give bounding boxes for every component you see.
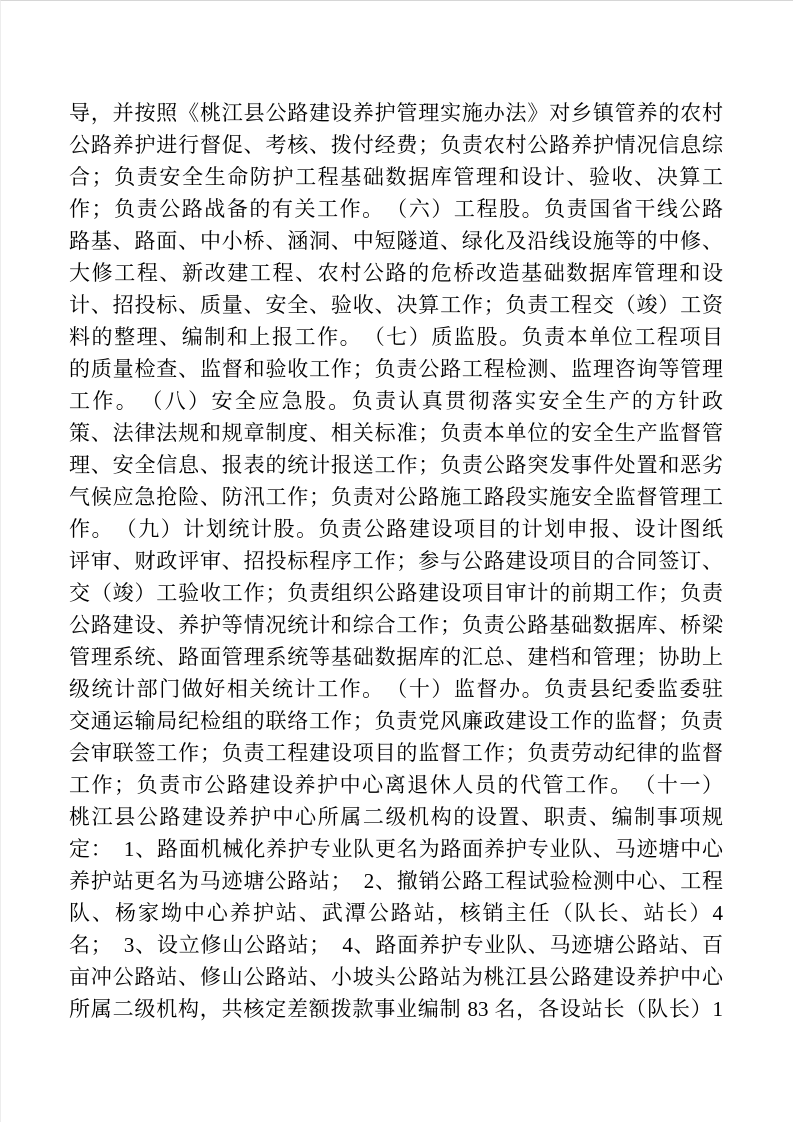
text-line: 桃江县公路建设养护中心所属二级机构的设置、职责、编制事项规 — [69, 801, 723, 833]
text-line: 的质量检查、监督和验收工作；负责公路工程检测、监理咨询等管理 — [69, 353, 723, 385]
text-line: 气候应急抢险、防汛工作；负责对公路施工路段实施安全监督管理工 — [69, 481, 723, 513]
text-line: 级统计部门做好相关统计工作。 （十）监督办。负责县纪委监委驻 — [69, 673, 723, 705]
text-line: 交（竣）工验收工作；负责组织公路建设项目审计的前期工作；负责 — [69, 577, 723, 609]
text-line: 理、安全信息、报表的统计报送工作；负责公路突发事件处置和恶劣 — [69, 449, 723, 481]
text-line: 工作。 （八）安全应急股。负责认真贯彻落实安全生产的方针政 — [69, 385, 723, 417]
text-line: 大修工程、新改建工程、农村公路的危桥改造基础数据库管理和设 — [69, 257, 723, 289]
text-line: 养护站更名为马迹塘公路站； 2、撤销公路工程试验检测中心、工程 — [69, 865, 723, 897]
text-line: 工作；负责市公路建设养护中心离退休人员的代管工作。 （十一） — [69, 769, 723, 801]
text-line: 导，并按照《桃江县公路建设养护管理实施办法》对乡镇管养的农村 — [69, 97, 723, 129]
text-line: 计、招投标、质量、安全、验收、决算工作；负责工程交（竣）工资 — [69, 289, 723, 321]
text-line: 会审联签工作；负责工程建设项目的监督工作；负责劳动纪律的监督 — [69, 737, 723, 769]
text-line: 作。 （九）计划统计股。负责公路建设项目的计划申报、设计图纸 — [69, 513, 723, 545]
text-line: 作；负责公路战备的有关工作。 （六）工程股。负责国省干线公路 — [69, 193, 723, 225]
text-line: 名； 3、设立修山公路站； 4、路面养护专业队、马迹塘公路站、百 — [69, 929, 723, 961]
text-line: 评审、财政评审、招投标程序工作；参与公路建设项目的合同签订、 — [69, 545, 723, 577]
text-line: 亩冲公路站、修山公路站、小坡头公路站为桃江县公路建设养护中心 — [69, 961, 723, 993]
text-line: 定： 1、路面机械化养护专业队更名为路面养护专业队、马迹塘中心 — [69, 833, 723, 865]
text-line: 所属二级机构，共核定差额拨款事业编制 83 名，各设站长（队长）1 — [69, 993, 723, 1025]
document-body: 导，并按照《桃江县公路建设养护管理实施办法》对乡镇管养的农村公路养护进行督促、考… — [69, 97, 723, 1025]
text-line: 交通运输局纪检组的联络工作；负责党风廉政建设工作的监督；负责 — [69, 705, 723, 737]
text-line: 路基、路面、中小桥、涵洞、中短隧道、绿化及沿线设施等的中修、 — [69, 225, 723, 257]
text-line: 管理系统、路面管理系统等基础数据库的汇总、建档和管理；协助上 — [69, 641, 723, 673]
text-line: 公路建设、养护等情况统计和综合工作；负责公路基础数据库、桥梁 — [69, 609, 723, 641]
document-page: 导，并按照《桃江县公路建设养护管理实施办法》对乡镇管养的农村公路养护进行督促、考… — [0, 0, 793, 1122]
text-line: 料的整理、编制和上报工作。 （七）质监股。负责本单位工程项目 — [69, 321, 723, 353]
text-line: 队、杨家坳中心养护站、武潭公路站，核销主任（队长、站长）4 — [69, 897, 723, 929]
text-line: 公路养护进行督促、考核、拨付经费；负责农村公路养护情况信息综 — [69, 129, 723, 161]
text-line: 策、法律法规和规章制度、相关标准；负责本单位的安全生产监督管 — [69, 417, 723, 449]
text-line: 合；负责安全生命防护工程基础数据库管理和设计、验收、决算工 — [69, 161, 723, 193]
